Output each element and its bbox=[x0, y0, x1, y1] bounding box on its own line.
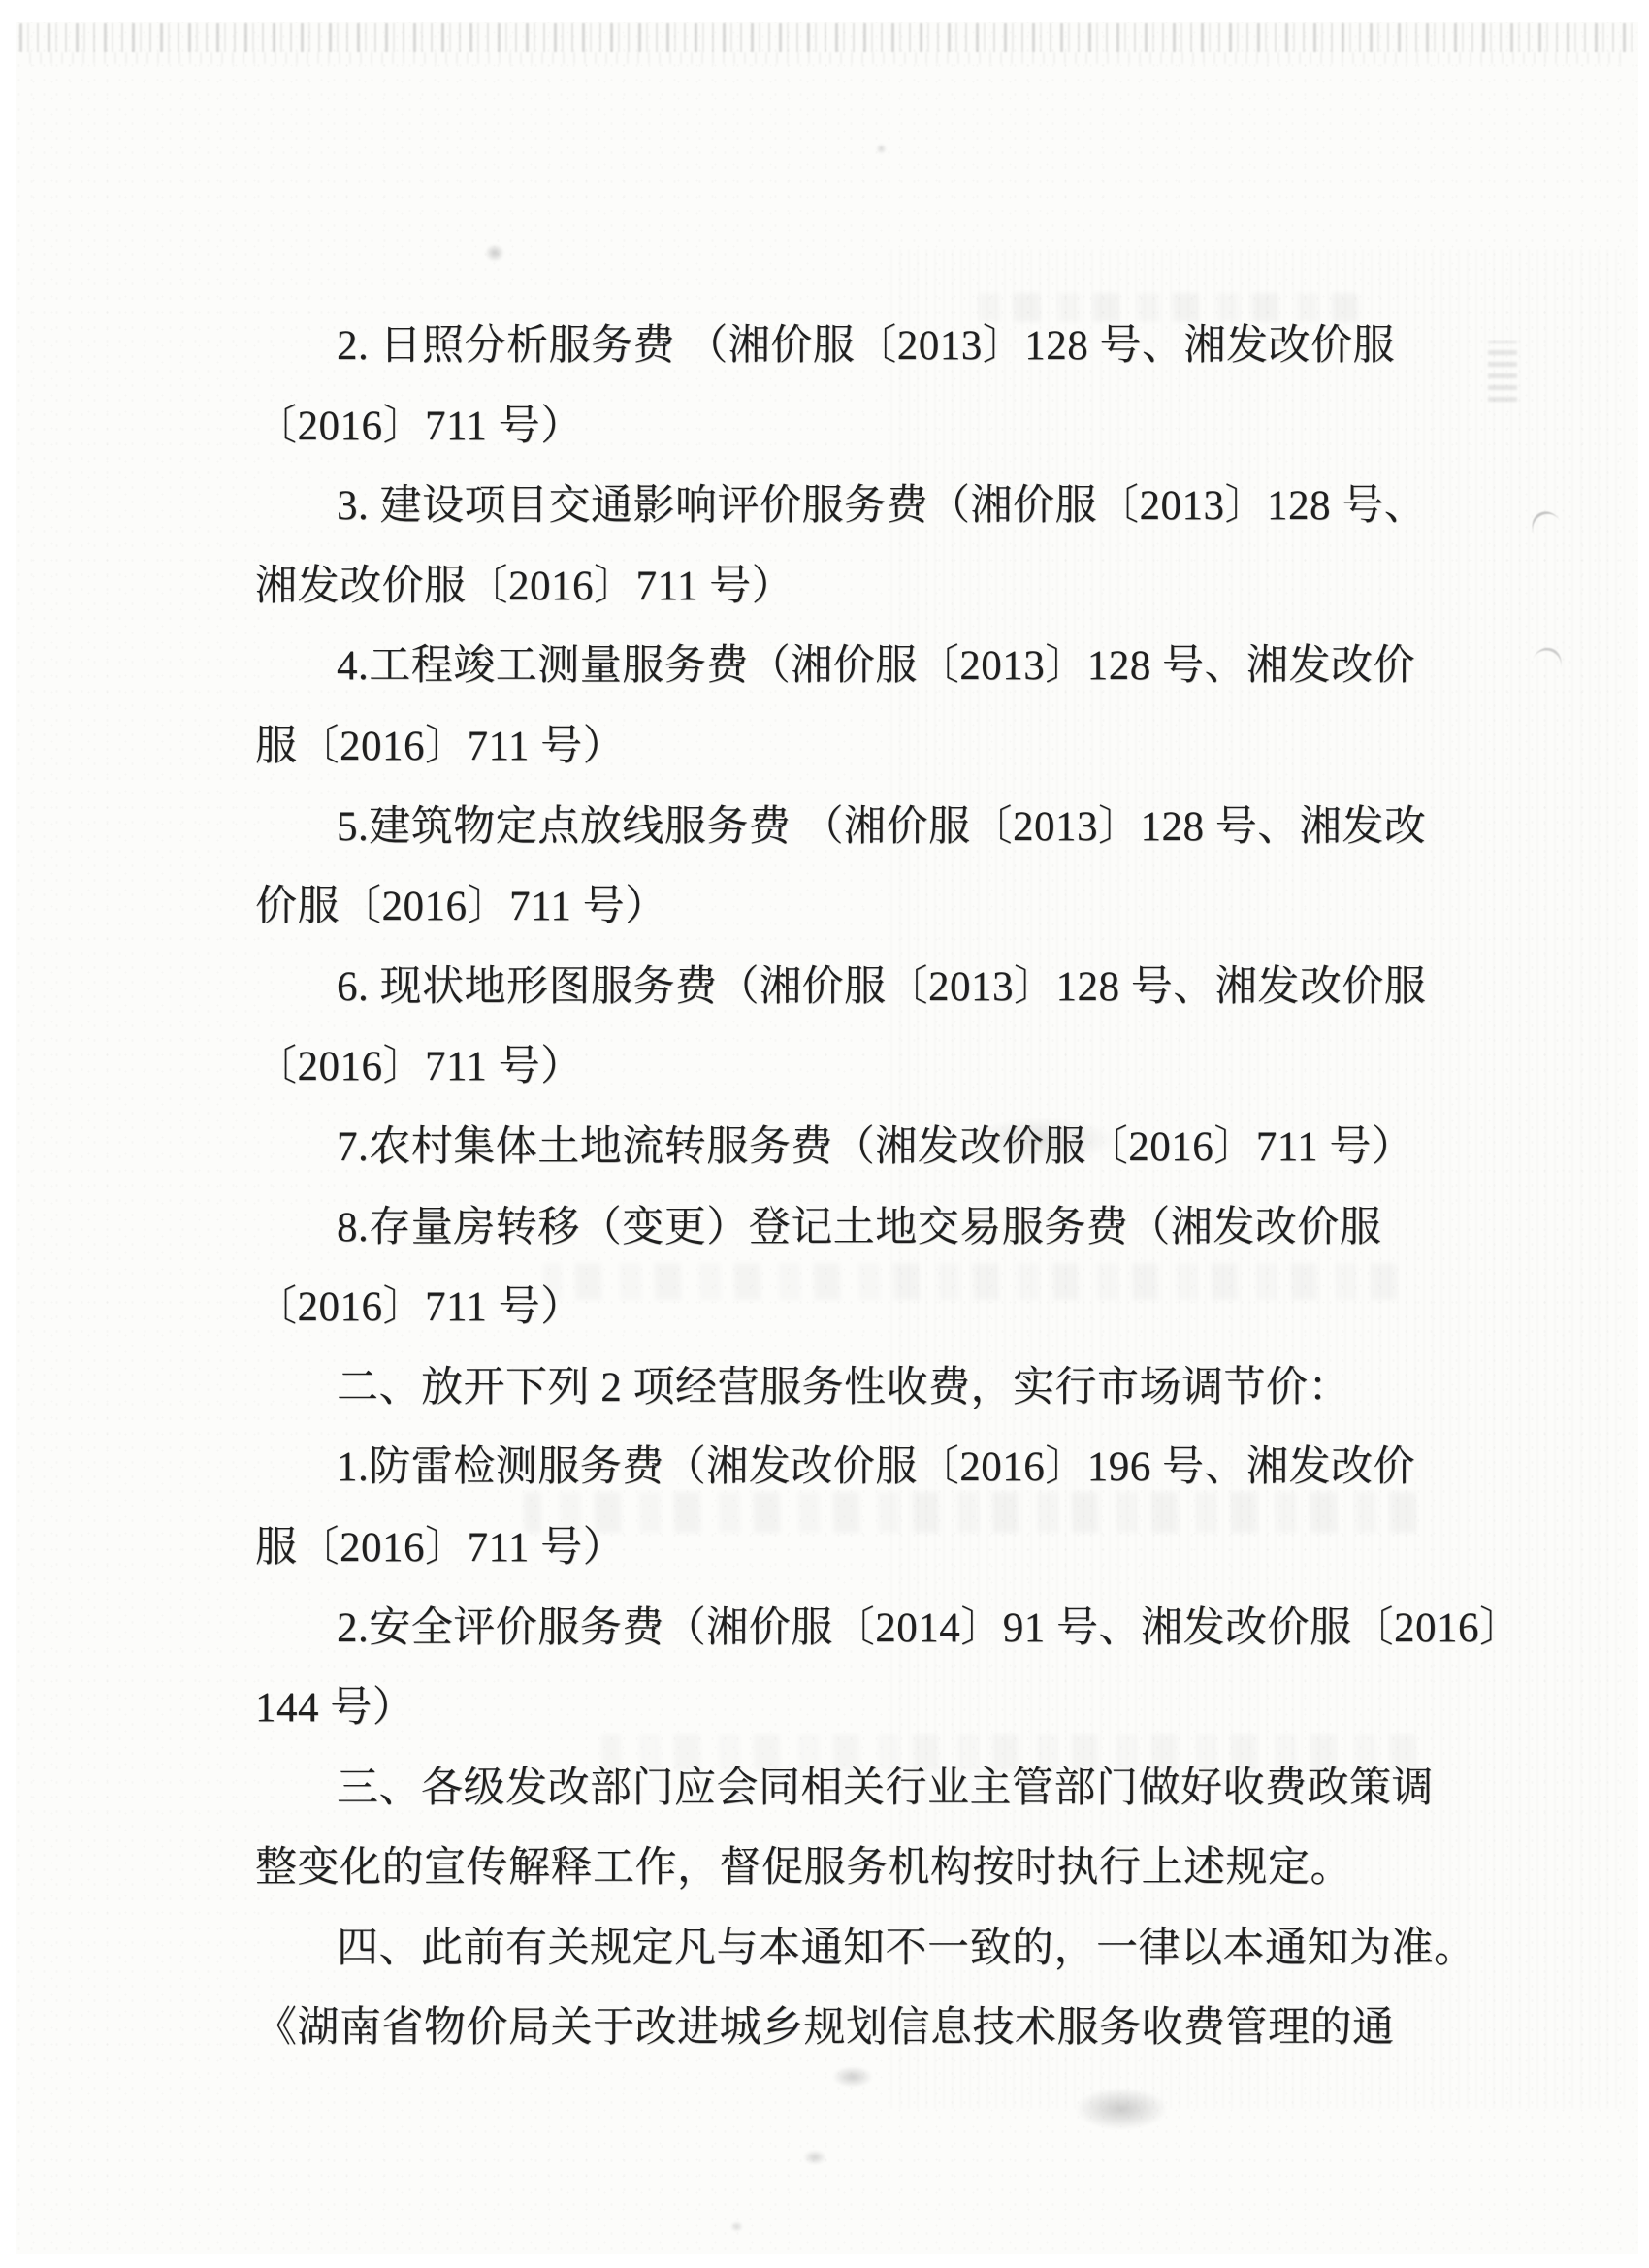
scan-margin-bottom bbox=[0, 2254, 1649, 2268]
text-line: 《湖南省物价局关于改进城乡规划信息技术服务收费管理的通 bbox=[255, 1989, 1545, 2069]
text-line: 7.农村集体土地流转服务费（湘发改价服〔2016〕711 号） bbox=[255, 1108, 1545, 1188]
scan-noise-band-2 bbox=[29, 52, 1630, 64]
text-line: 三、各级发改部门应会同相关行业主管部门做好收费政策调 bbox=[255, 1749, 1545, 1830]
ink-speck bbox=[876, 144, 887, 154]
ink-smudge bbox=[803, 2150, 826, 2165]
text-line: 整变化的宣传解释工作，督促服务机构按时执行上述规定。 bbox=[255, 1829, 1545, 1909]
text-line: 服〔2016〕711 号） bbox=[255, 1508, 1545, 1589]
scan-noise-band bbox=[19, 23, 1641, 52]
ink-speck bbox=[730, 2221, 743, 2232]
text-line: 服〔2016〕711 号） bbox=[255, 707, 1545, 788]
text-line: 3. 建设项目交通影响评价服务费（湘价服〔2013〕128 号、 bbox=[255, 467, 1545, 547]
text-line: 6. 现状地形图服务费（湘价服〔2013〕128 号、湘发改价服 bbox=[255, 948, 1545, 1028]
text-line: 四、此前有关规定凡与本通知不一致的，一律以本通知为准。 bbox=[255, 1909, 1545, 1990]
text-line: 1.防雷检测服务费（湘发改价服〔2016〕196 号、湘发改价 bbox=[255, 1428, 1545, 1508]
text-line: 价服〔2016〕711 号） bbox=[255, 867, 1545, 948]
text-line: 湘发改价服〔2016〕711 号） bbox=[255, 547, 1545, 628]
ink-smudge bbox=[832, 2066, 873, 2088]
text-line: 二、放开下列 2 项经营服务性收费，实行市场调节价： bbox=[255, 1348, 1545, 1429]
text-line: 〔2016〕711 号） bbox=[255, 1027, 1545, 1108]
ink-smudge bbox=[1075, 2088, 1168, 2130]
text-line: 2. 日照分析服务费 （湘价服〔2013〕128 号、湘发改价服 bbox=[255, 307, 1545, 387]
text-line: 144 号） bbox=[255, 1669, 1545, 1749]
text-line: 〔2016〕711 号） bbox=[255, 387, 1545, 468]
text-line: 8.存量房转移（变更）登记土地交易服务费（湘发改价服 bbox=[255, 1188, 1545, 1269]
scanned-page: 2. 日照分析服务费 （湘价服〔2013〕128 号、湘发改价服〔2016〕71… bbox=[0, 0, 1649, 2268]
scan-margin-right bbox=[1638, 0, 1649, 2268]
text-line: 2.安全评价服务费（湘价服〔2014〕91 号、湘发改价服〔2016〕 bbox=[255, 1589, 1545, 1669]
text-line: 4.工程竣工测量服务费（湘价服〔2013〕128 号、湘发改价 bbox=[255, 627, 1545, 707]
scan-margin-left bbox=[0, 0, 16, 2268]
ink-speck bbox=[485, 244, 504, 262]
text-line: 〔2016〕711 号） bbox=[255, 1268, 1545, 1348]
text-line: 5.建筑物定点放线服务费 （湘价服〔2013〕128 号、湘发改 bbox=[255, 788, 1545, 868]
document-text-block: 2. 日照分析服务费 （湘价服〔2013〕128 号、湘发改价服〔2016〕71… bbox=[255, 307, 1545, 2069]
scan-margin-top bbox=[0, 0, 1649, 22]
